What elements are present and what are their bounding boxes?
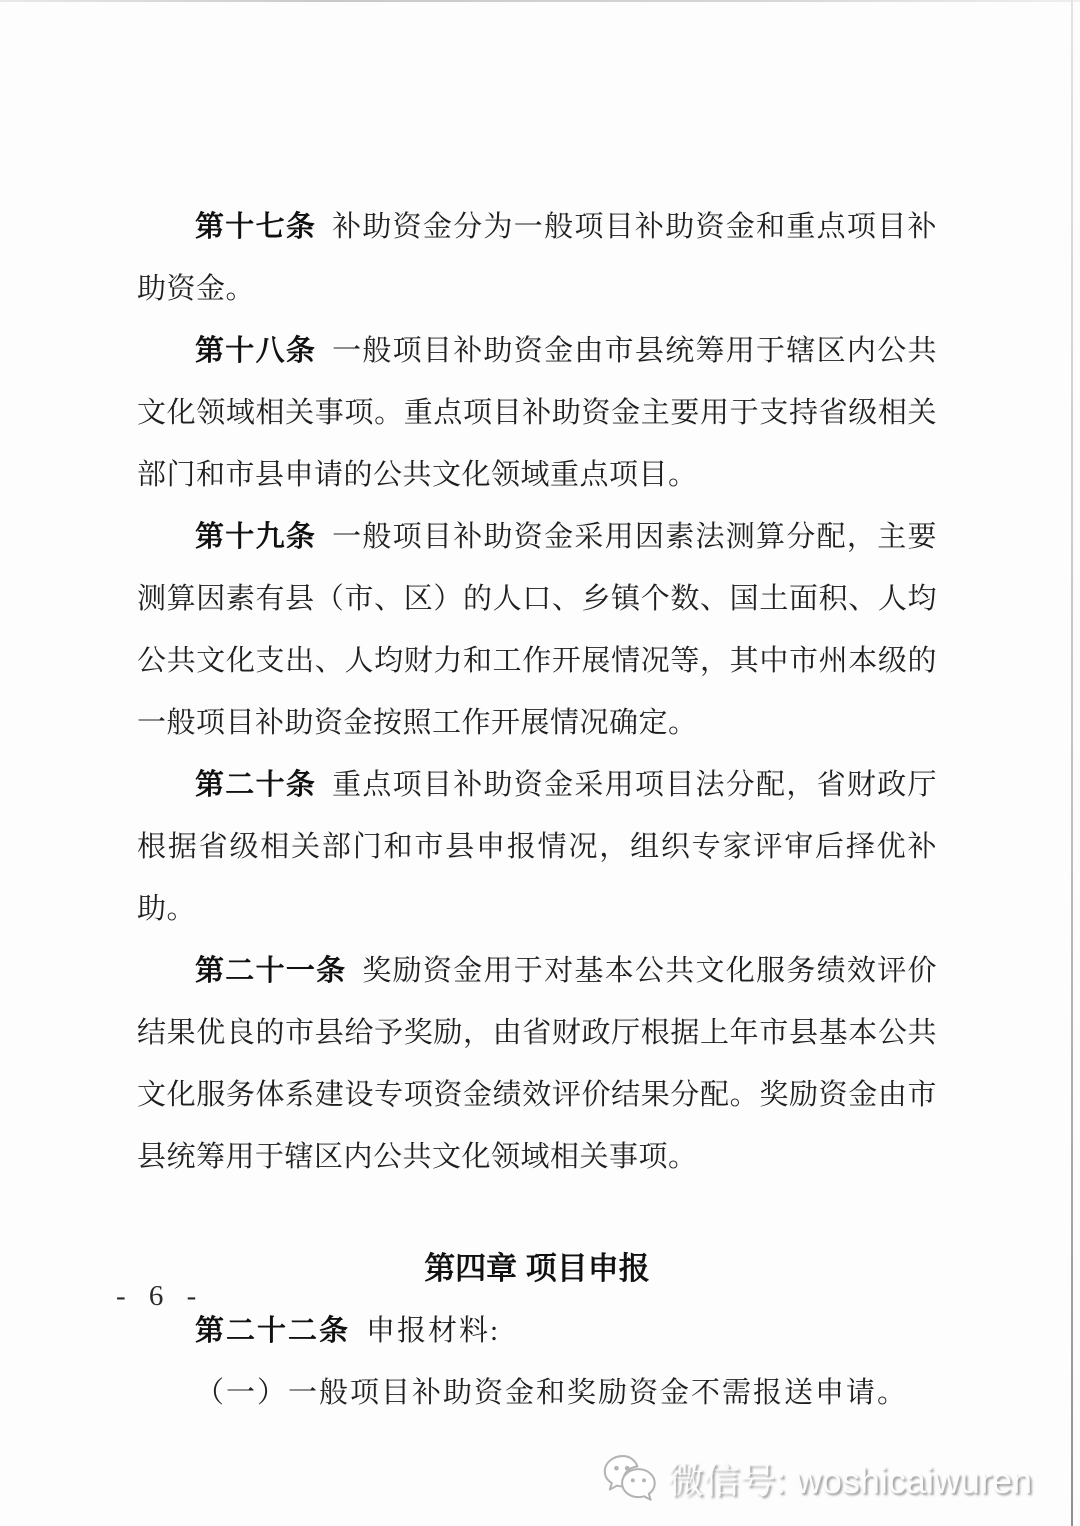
article-20-paragraph: 第二十条重点项目补助资金采用项目法分配，省财政厅根据省级相关部门和市县申报情况，… (137, 754, 937, 940)
scan-top-edge-line (0, 0, 1080, 2)
article-18-paragraph: 第十八条一般项目补助资金由市县统筹用于辖区内公共文化领域相关事项。重点项目补助资… (137, 320, 937, 506)
chapter-4-heading: 第四章 项目申报 (137, 1238, 937, 1300)
document-page: 第十七条补助资金分为一般项目补助资金和重点项目补助资金。 第十八条一般项目补助资… (0, 0, 1080, 1526)
wechat-icon (602, 1452, 658, 1504)
article-20-number: 第二十条 (195, 769, 316, 801)
footer-watermark: 微信号: woshicaiwuren (602, 1452, 1032, 1504)
page-number: - 6 - (116, 1280, 204, 1313)
article-17-number: 第十七条 (195, 211, 316, 243)
list-item-1: （一）一般项目补助资金和奖励资金不需报送申请。 (137, 1362, 937, 1424)
article-18-number: 第十八条 (195, 335, 316, 367)
article-19-number: 第十九条 (195, 521, 316, 553)
wechat-id-label: 微信号: woshicaiwuren (668, 1453, 1032, 1504)
article-21-paragraph: 第二十一条奖励资金用于对基本公共文化服务绩效评价结果优良的市县给予奖励，由省财政… (137, 940, 937, 1188)
article-19-text: 一般项目补助资金采用因素法测算分配，主要测算因素有县（市、区）的人口、乡镇个数、… (137, 521, 937, 739)
document-body: 第十七条补助资金分为一般项目补助资金和重点项目补助资金。 第十八条一般项目补助资… (137, 196, 937, 1424)
article-22-number: 第二十二条 (195, 1315, 350, 1347)
article-19-paragraph: 第十九条一般项目补助资金采用因素法测算分配，主要测算因素有县（市、区）的人口、乡… (137, 506, 937, 754)
article-22-text: 申报材料: (366, 1315, 500, 1347)
article-22-paragraph: 第二十二条申报材料: (137, 1300, 937, 1362)
article-21-text: 奖励资金用于对基本公共文化服务绩效评价结果优良的市县给予奖励，由省财政厅根据上年… (137, 955, 937, 1173)
article-17-paragraph: 第十七条补助资金分为一般项目补助资金和重点项目补助资金。 (137, 196, 937, 320)
article-21-number: 第二十一条 (195, 955, 346, 987)
scan-right-edge-line (1071, 0, 1073, 1526)
